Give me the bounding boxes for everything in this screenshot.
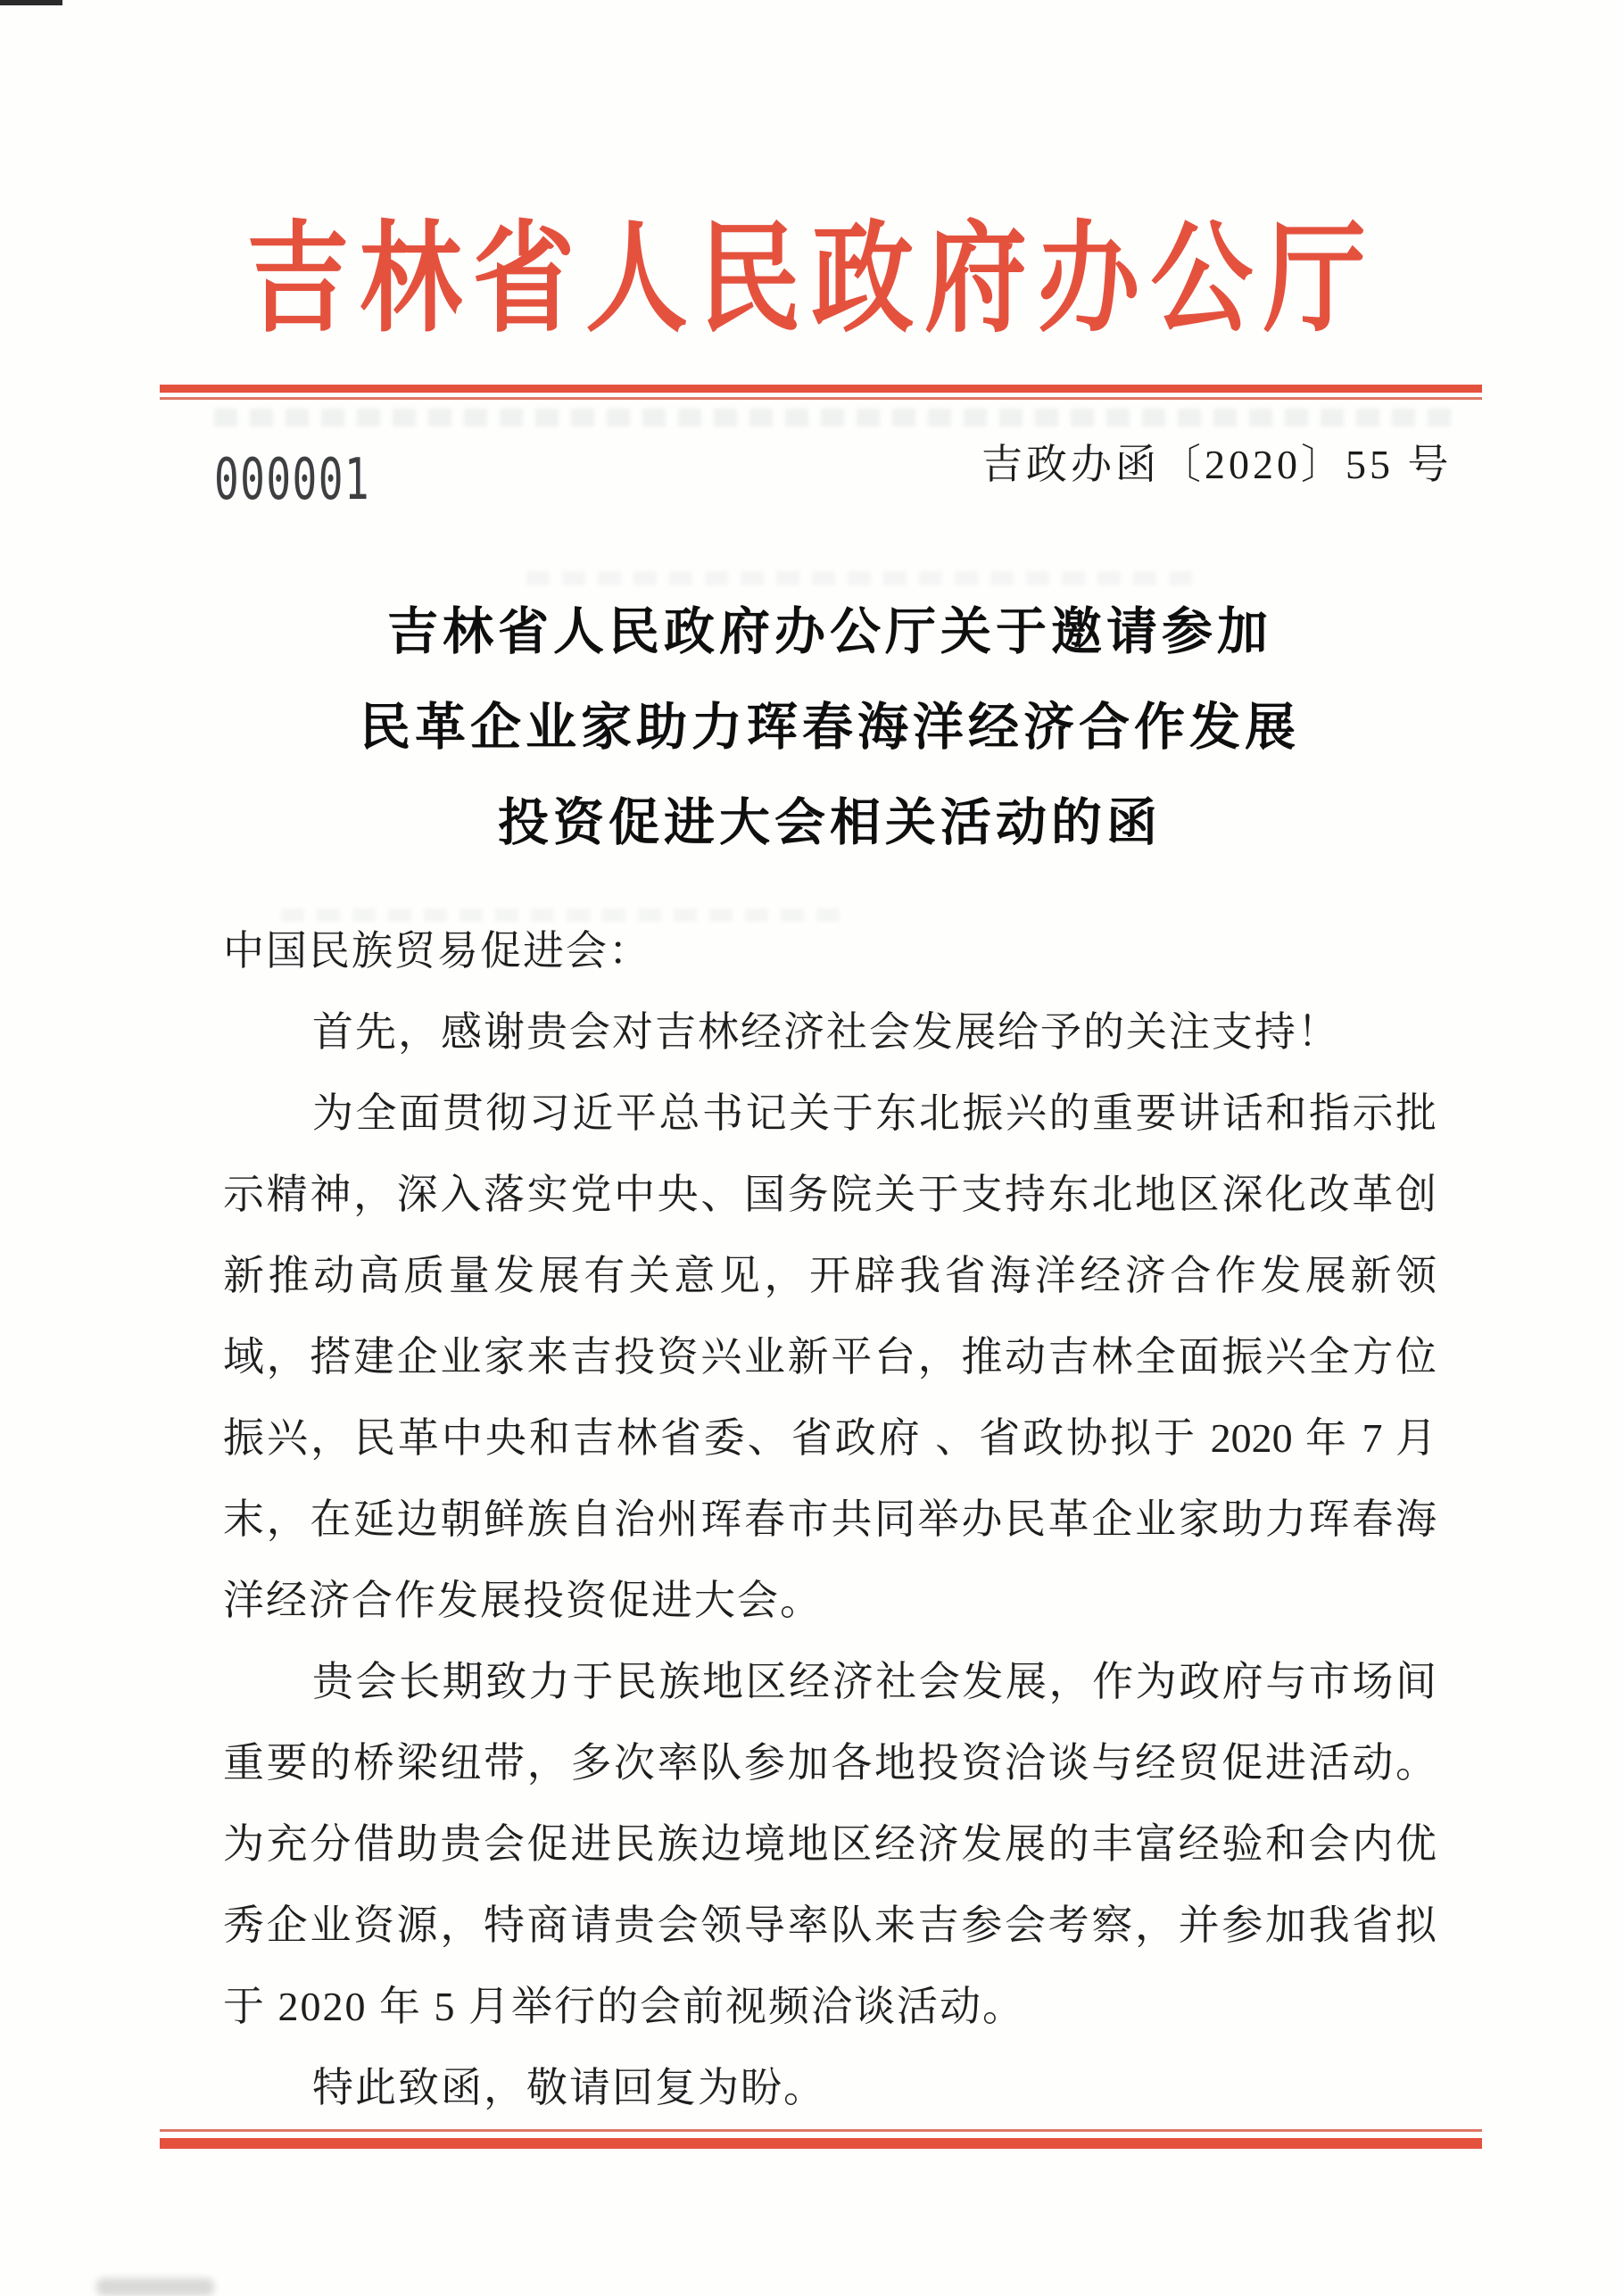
body-line: 于 2020 年 5 月举行的会前视频洽谈活动。	[223, 1966, 1437, 2047]
body-line: 秀企业资源，特商请贵会领导率队来吉参会考察，并参加我省拟	[223, 1885, 1437, 1966]
body-line: 域，搭建企业家来吉投资兴业新平台，推动吉林全面振兴全方位	[223, 1316, 1437, 1397]
body-line: 贵会长期致力于民族地区经济社会发展，作为政府与市场间	[223, 1641, 1437, 1722]
footer-rule-thin	[160, 2129, 1482, 2132]
body-line: 特此致函，敬请回复为盼。	[223, 2047, 1437, 2128]
serial-number: 000001	[214, 452, 370, 509]
body-line: 重要的桥梁纽带，多次率队参加各地投资洽谈与经贸促进活动。	[223, 1722, 1437, 1803]
document-title-line-1: 吉林省人民政府办公厅关于邀请参加	[223, 584, 1437, 680]
body-line: 中国民族贸易促进会：	[223, 910, 1437, 991]
bleedthrough-artifact-header	[214, 409, 1463, 427]
scan-artifact-top-left	[0, 0, 62, 5]
document-reference-number: 吉政办函〔2020〕55 号	[981, 441, 1453, 489]
body-line: 首先，感谢贵会对吉林经济社会发展给予的关注支持！	[223, 991, 1437, 1073]
bleedthrough-artifact-above-title	[526, 571, 1198, 585]
header-rule-thin	[160, 397, 1482, 400]
official-letter-page: 吉林省人民政府办公厅 000001 吉政办函〔2020〕55 号 吉林省人民政府…	[0, 0, 1623, 2296]
body-text: 中国民族贸易促进会：首先，感谢贵会对吉林经济社会发展给予的关注支持！为全面贯彻习…	[223, 910, 1437, 2128]
footer-rule-thick	[160, 2138, 1482, 2149]
scan-artifact-bottom-left	[96, 2278, 214, 2296]
body-line: 振兴，民革中央和吉林省委、省政府 、省政协拟于 2020 年 7 月	[223, 1397, 1437, 1479]
body-line: 为全面贯彻习近平总书记关于东北振兴的重要讲话和指示批	[223, 1073, 1437, 1154]
body-line: 为充分借助贵会促进民族边境地区经济发展的丰富经验和会内优	[223, 1803, 1437, 1885]
document-title-line-3: 投资促进大会相关活动的函	[223, 775, 1437, 871]
body-line: 示精神，深入落实党中央、国务院关于支持东北地区深化改革创	[223, 1154, 1437, 1235]
body-line: 末，在延边朝鲜族自治州珲春市共同举办民革企业家助力珲春海	[223, 1479, 1437, 1560]
header-rule-thick	[160, 385, 1482, 393]
body-line: 洋经济合作发展投资促进大会。	[223, 1560, 1437, 1641]
body-line: 新推动高质量发展有关意见，开辟我省海洋经济合作发展新领	[223, 1235, 1437, 1316]
document-title-line-2: 民革企业家助力珲春海洋经济合作发展	[223, 680, 1437, 775]
letterhead-title: 吉林省人民政府办公厅	[121, 214, 1501, 348]
document-title: 吉林省人民政府办公厅关于邀请参加 民革企业家助力珲春海洋经济合作发展 投资促进大…	[223, 584, 1437, 871]
